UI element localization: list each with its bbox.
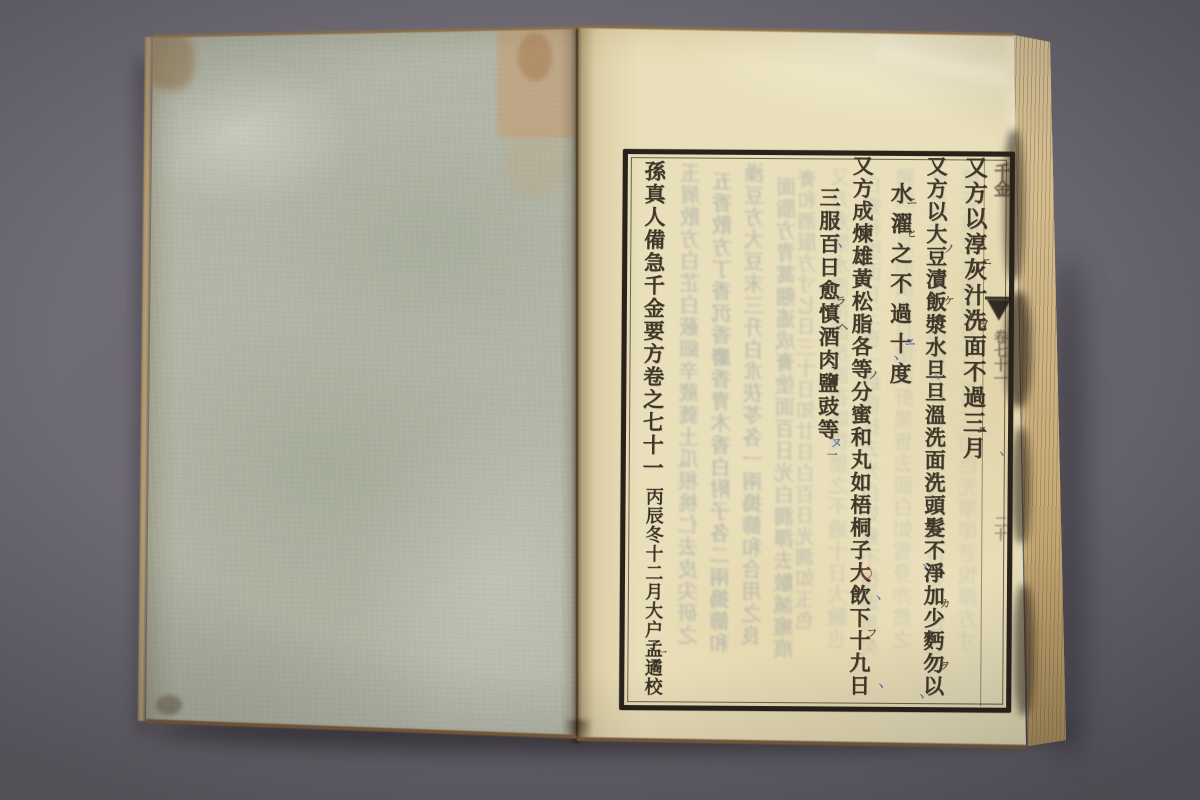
blue-reading-mark: ヽ [931, 373, 942, 384]
kunten-mark: ヲ [979, 321, 990, 332]
kunten-mark: ヘ [838, 324, 849, 335]
volume-title: 孫真人備急千金要方卷之七十一 [638, 160, 668, 479]
kunten-mark: 一 [656, 649, 667, 660]
blue-reading-mark: ヽ [891, 354, 902, 365]
text-col-3-cont: 三服百日愈慎酒肉鹽豉等 [813, 186, 842, 441]
text-col-1: 又方以淳灰汁洗面不過三月 [957, 155, 989, 461]
text-col-3: 又方成煉雄黃松脂各等分蜜和丸如梧桐子大飲下十九日 [844, 155, 875, 698]
reading-marks-layer: ニヲニノケカヲニヒノフラヘ一一ヽニヽヽヽヽヽヽヌヽ [1, 0, 1200, 4]
printed-block: 玉屑散方白芷白蘞細辛葳蕤土瓜根桃仁去皮尖研之五香散方丁香沉香麝香青木香白附子各二… [0, 0, 1200, 800]
printed-text-layer: 又方以淳灰汁洗面不過三月又方以大豆漬飯漿水旦旦溫洗面洗頭髮不淨加少麪勿以水濯之不… [1, 0, 1200, 4]
kunten-mark: カ [940, 600, 951, 611]
blue-reading-mark: ヽ [996, 450, 1007, 461]
kunten-mark: ノ [944, 245, 955, 256]
kunten-mark: ラ [836, 298, 847, 309]
banxin-volume-label: 卷七十一 [989, 330, 1008, 386]
kunten-mark: ケ [944, 297, 955, 308]
colophon-column: 丙辰冬十二月大户孟遹校 [640, 487, 665, 696]
blue-reading-mark: ニ [905, 338, 916, 349]
kunten-mark: ニ [907, 198, 918, 209]
blue-reading-mark: ヽ [919, 562, 930, 573]
bleedthrough-text-layer: 玉屑散方白芷白蘞細辛葳蕤土瓜根桃仁去皮尖研之五香散方丁香沉香麝香青木香白附子各二… [1, 0, 1200, 4]
kunten-mark: ヲ [939, 662, 950, 673]
blue-reading-mark: ヽ [875, 682, 886, 693]
kunten-mark: ヒ [906, 230, 917, 241]
blue-reading-mark: ヽ [873, 594, 884, 605]
kunten-mark: ノ [868, 372, 879, 383]
kunten-mark: 一 [827, 451, 838, 462]
kunten-mark: フ [867, 630, 878, 641]
blue-reading-mark: ヽ [834, 241, 845, 252]
photo-background: 玉屑散方白芷白蘞細辛葳蕤土瓜根桃仁去皮尖研之五香散方丁香沉香麝香青木香白附子各二… [0, 0, 1200, 800]
kunten-mark: ニ [977, 426, 988, 437]
kunten-mark: ニ [981, 259, 992, 270]
blue-reading-mark: ヌ [831, 438, 842, 449]
red-circle-mark [861, 568, 872, 579]
banxin-page-number: 二十 [990, 515, 1007, 541]
banxin-title: 千金 [989, 163, 1011, 197]
text-col-2: 又方以大豆漬飯漿水旦旦溫洗面洗頭髮不淨加少麪勿以 [918, 155, 949, 698]
fishtail-mark [987, 300, 1011, 321]
blue-reading-mark: ヽ [916, 692, 927, 703]
